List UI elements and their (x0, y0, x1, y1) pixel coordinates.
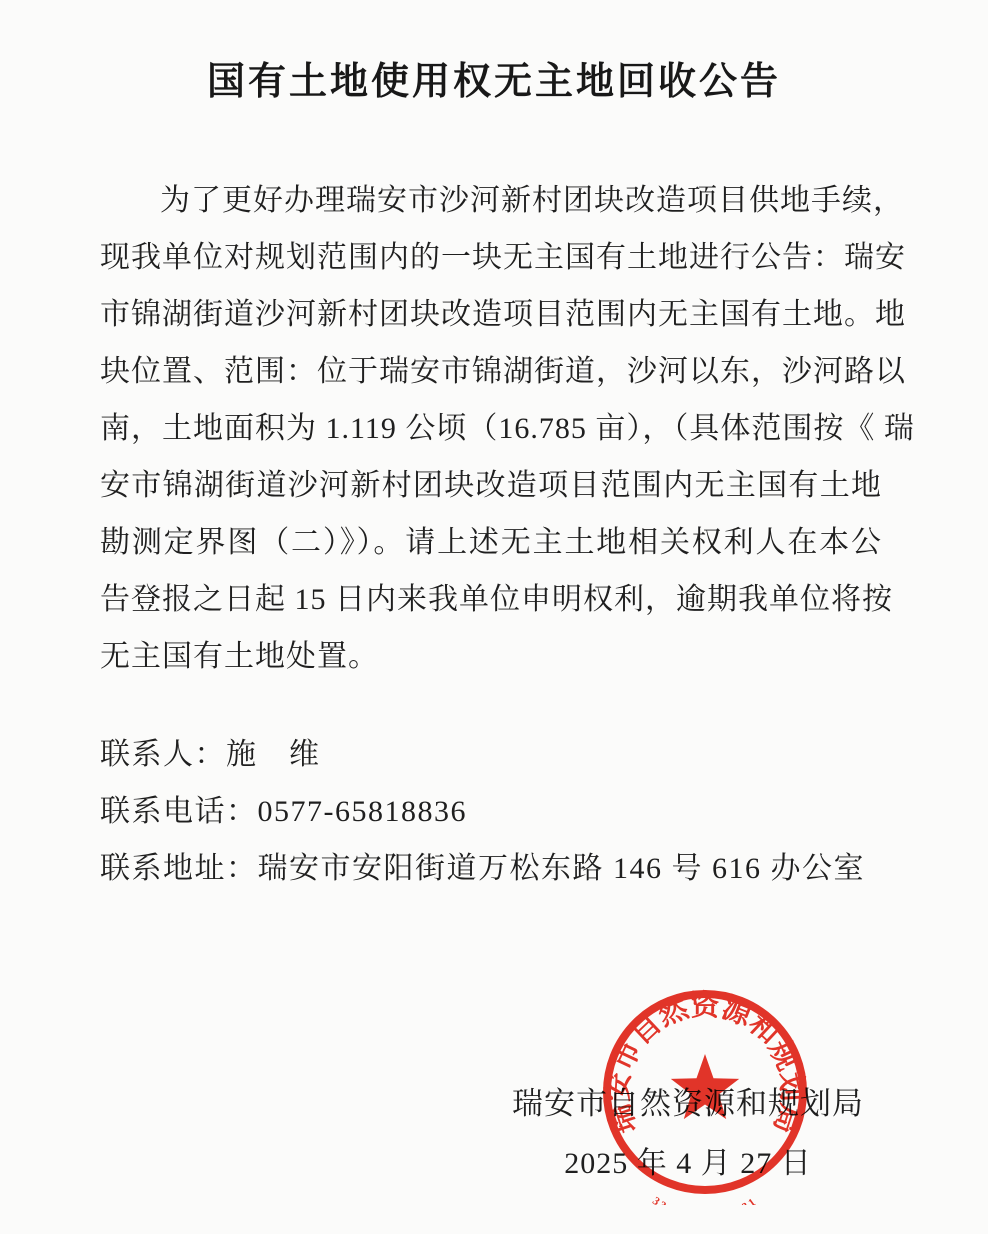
notice-document: 国有土地使用权无主地回收公告 为了更好办理瑞安市沙河新村团块改造项目供地手续， … (0, 0, 988, 1234)
body-line: 勘测定界图（二）》）。请上述无主土地相关权利人在本公 (100, 514, 882, 571)
notice-title: 国有土地使用权无主地回收公告 (0, 50, 988, 105)
notice-body: 为了更好办理瑞安市沙河新村团块改造项目供地手续， 现我单位对规划范围内的一块无主… (100, 172, 882, 685)
body-line: 安市锦湖街道沙河新村团块改造项目范围内无主国有土地 (100, 457, 882, 514)
contact-address: 联系地址：瑞安市安阳街道万松东路 146 号 616 办公室 (100, 840, 882, 897)
body-line: 南，土地面积为 1.119 公顷（16.785 亩），（具体范围按《 瑞 (100, 400, 882, 457)
body-line: 无主国有土地处置。 (100, 628, 882, 685)
contact-phone: 联系电话：0577-65818836 (100, 783, 882, 840)
signature-date: 2025 年 4 月 27 日 (438, 1142, 938, 1186)
body-line: 现我单位对规划范围内的一块无主国有土地进行公告：瑞安 (100, 229, 882, 286)
contact-person: 联系人：施 维 (100, 726, 882, 783)
body-line: 市锦湖街道沙河新村团块改造项目范围内无主国有土地。地 (100, 286, 882, 343)
contact-address-value: 瑞安市安阳街道万松东路 146 号 616 办公室 (258, 852, 866, 885)
signature-block: 瑞安市自然资源和规划局 2025 年 4 月 27 日 (438, 1082, 938, 1186)
contact-person-label: 联系人： (100, 738, 226, 771)
body-line: 告登报之日起 15 日内来我单位申明权利，逾期我单位将按 (100, 571, 882, 628)
signature-agency: 瑞安市自然资源和规划局 (438, 1082, 938, 1126)
body-line: 块位置、范围：位于瑞安市锦湖街道，沙河以东，沙河路以 (100, 343, 882, 400)
contact-address-label: 联系地址： (100, 852, 258, 885)
contact-phone-value: 0577-65818836 (258, 795, 468, 828)
contact-phone-label: 联系电话： (100, 795, 258, 828)
contact-person-value: 施 维 (226, 738, 321, 771)
stamp-code-text: 33038119300081 (650, 1195, 760, 1205)
contact-block: 联系人：施 维 联系电话：0577-65818836 联系地址：瑞安市安阳街道万… (100, 726, 882, 897)
body-line: 为了更好办理瑞安市沙河新村团块改造项目供地手续， (100, 172, 882, 229)
